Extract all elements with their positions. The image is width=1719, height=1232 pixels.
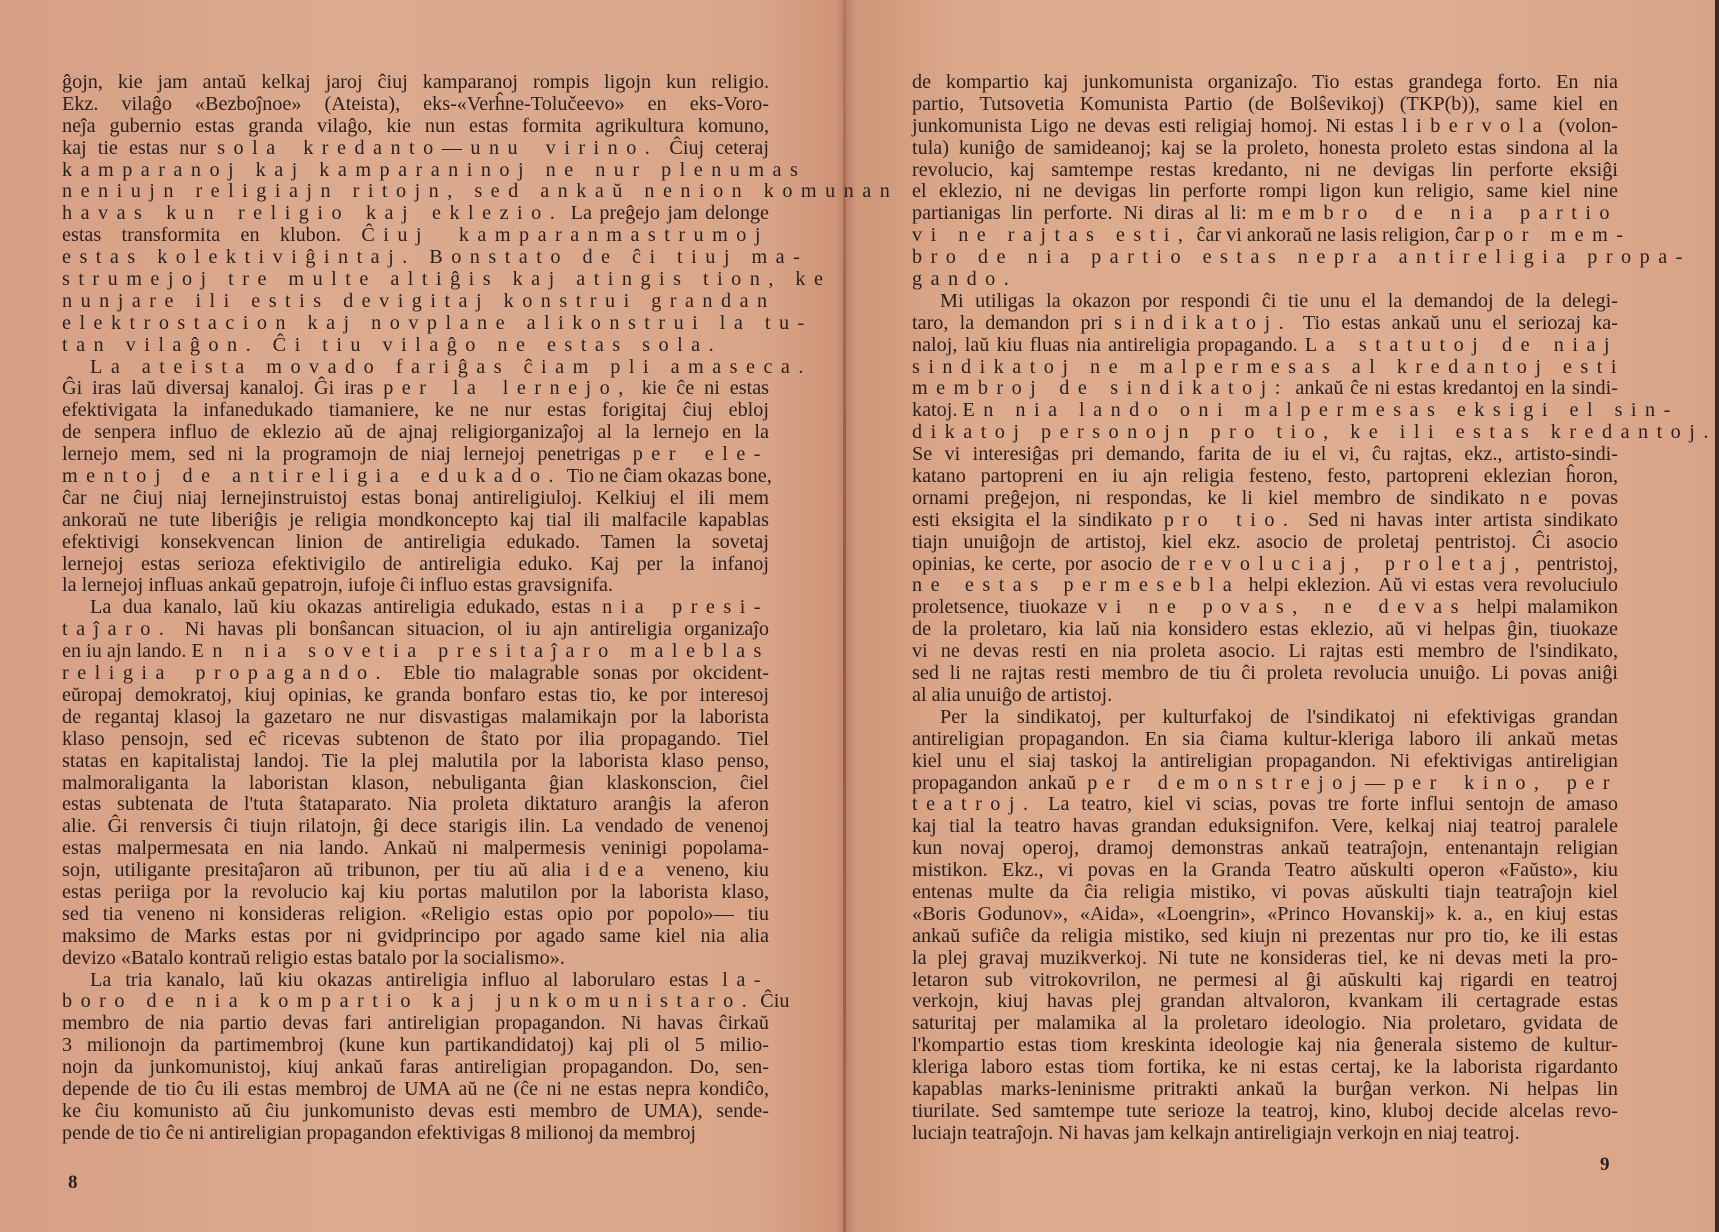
page-number-left: 8 [68, 1172, 78, 1194]
spaced-emphasis: En nia sovetia presitaĵaro maleblas [192, 640, 770, 662]
text-line: nunjare ili estis devigitaj konstrui gra… [62, 291, 769, 313]
text-line: eŭropaj demokratoj, kiuj opinias, ke gra… [62, 685, 769, 707]
book-spread: ĝojn, kie jam antaŭ kelkaj jaroj ĉiuj ka… [0, 0, 1719, 1232]
text-line: saturitaj per malamika al la proletaro i… [912, 1013, 1618, 1035]
text-line: Mi utiligas la okazon por respondi ĉi ti… [912, 291, 1618, 313]
text-line: de la proletaro, kia laŭ nia konsidero e… [912, 619, 1618, 641]
text-line: katoj. En nia lando oni malpermesas eksi… [912, 400, 1618, 422]
line-text: estas periiga por la revolucio kaj kiu p… [62, 881, 769, 903]
line-text: opinias, ke certe, por asocio de [912, 553, 1189, 575]
line-text: letaron sub vitrokovrilon, ne permesi al… [912, 969, 1618, 991]
spaced-emphasis: vi ne povas, ne devas [1097, 596, 1467, 618]
spaced-emphasis: sindikatoj ne malpermesas al kredantoj e… [912, 356, 1625, 378]
text-line: pende de tio ĉe ni antireligian propagan… [62, 1123, 769, 1145]
line-text: eŭropaj demokratoj, kiuj opinias, ke gra… [62, 684, 769, 706]
text-line: l'kompartio estas tiom kreskinta ideolog… [912, 1035, 1618, 1057]
line-text: kiel unu el siaj taskoj la antireligian … [912, 750, 1618, 772]
text-line: la lernejoj influas ankaŭ gepatrojn, iuf… [62, 575, 769, 597]
line-text: estas transformita en klubon. [62, 224, 361, 246]
text-line: maksimo de Marks estas por ni gvidprinci… [62, 926, 769, 948]
text-line: ĉar ne ĉiuj niaj lernejinstruistoj estas… [62, 488, 769, 510]
line-text: «Boris Godunov», «Aida», «Loengrin», «Pr… [912, 903, 1618, 925]
text-line: La ateista movado fariĝas ĉiam pli amase… [62, 357, 769, 379]
line-text: kun novaj operoj, dramoj demonstras anka… [912, 837, 1618, 859]
text-line: tan vilaĝon. Ĉi tiu vilaĝo ne estas sola… [62, 335, 769, 357]
page-number-right: 9 [1600, 1154, 1610, 1176]
line-text: en iu ajn lando. [62, 640, 192, 662]
spaced-emphasis: per ele- [633, 443, 769, 465]
text-line: esti eksigita el la sindikato pro tio. S… [912, 510, 1618, 532]
spaced-emphasis: teatroj. [912, 793, 1036, 815]
scan-edge [1715, 0, 1719, 1232]
text-line: estas malpermesata en nia lando. Ankaŭ n… [62, 838, 769, 860]
spaced-emphasis: mentoj de antireligia edukado. [62, 465, 562, 487]
line-text: kie ĉe ni estas [632, 377, 769, 399]
text-line: neĵa gubernio estas granda vilaĝo, kie n… [62, 116, 769, 138]
line-text: klaso pensojn, sed eĉ ricevas subtenon d… [62, 728, 769, 750]
text-line: kleriga laboro estas tiom fortika, ke ni… [912, 1057, 1618, 1079]
text-line: efektivigi konsekvencan linion de antire… [62, 532, 769, 554]
text-line: «Boris Godunov», «Aida», «Loengrin», «Pr… [912, 904, 1618, 926]
spaced-emphasis: ne estas permesebla [912, 574, 1240, 596]
line-text: kaj tial la teatro havas grandan eduksig… [912, 815, 1618, 837]
line-text: La tria kanalo, laŭ kiu okazas antirelig… [90, 969, 722, 991]
text-line: tula) kuniĝo de samideanoj; kaj se la pr… [912, 138, 1618, 160]
line-text: Sed ni havas inter artista sindikato [1296, 509, 1618, 531]
text-line: havas kun religio kaj eklezio. La preĝej… [62, 203, 769, 225]
spaced-emphasis: vi ne rajtas esti, [912, 224, 1191, 246]
line-text: taro, la demandon pri [912, 312, 1114, 334]
text-line: elektrostacion kaj novplane alikonstrui … [62, 313, 769, 335]
text-line: ornami preĝejon, ni respondas, ke li kie… [912, 488, 1618, 510]
text-line: sed tia veneno ni konsideras religion. «… [62, 904, 769, 926]
spaced-emphasis: dikatoj personojn pro tio, ke ili estas … [912, 421, 1717, 443]
line-text: ke ĉiu komunisto aŭ ĉiu junkomunisto dev… [62, 1100, 769, 1122]
line-text: kaj tie estas nur [62, 137, 217, 159]
line-text: la plej gravaj muzikverkoj. Ni tute ne k… [912, 947, 1618, 969]
line-text: malmoraliganta la laboristan klason, neb… [62, 772, 769, 794]
spaced-emphasis: elektrostacion kaj novplane alikonstrui … [62, 312, 813, 334]
spaced-emphasis: pro tio. [1164, 509, 1297, 531]
text-line: ke ĉiu komunisto aŭ ĉiu junkomunisto dev… [62, 1101, 769, 1123]
text-line: letaron sub vitrokovrilon, ne permesi al… [912, 970, 1618, 992]
text-line: nojn da junkomunistoj, kiuj ankaŭ faras … [62, 1057, 769, 1079]
line-text: Mi utiligas la okazon por respondi ĉi ti… [940, 290, 1618, 312]
line-text: Ekz. vilaĝo «Bezboĵnoe» (Ateista), eks-«… [62, 93, 769, 115]
text-line: proletsence, tiuokaze vi ne povas, ne de… [912, 597, 1618, 619]
text-line: al alia unuiĝo de artistoj. [912, 685, 1618, 707]
line-text: efektivigi konsekvencan linion de antire… [62, 531, 769, 553]
text-line: taro, la demandon pri sindikatoj. Tio es… [912, 313, 1618, 335]
line-text: Ĉiu [755, 990, 789, 1012]
line-text: de kompartio kaj junkomunista organizaĵo… [912, 71, 1618, 93]
text-line: boro de nia kompartio kaj junkomunistaro… [62, 991, 769, 1013]
spaced-emphasis: Ĉiuj kamparanmastrumoj [361, 224, 769, 246]
text-line: de senpera influo de eklezio aŭ de ajnaj… [62, 422, 769, 444]
line-text: 3 milionojn da partimembroj (kune kun pa… [62, 1034, 769, 1056]
text-line: kaj tial la teatro havas grandan eduksig… [912, 816, 1618, 838]
line-text: devizo «Batalo kontraŭ religio estas bat… [62, 947, 565, 969]
text-line: lernejo mem, sed ni la programojn de nia… [62, 444, 769, 466]
line-text: mistikon. Ekz., vi povas en la Granda Te… [912, 859, 1618, 881]
spaced-emphasis: religia propagando. [62, 662, 389, 684]
text-line: entenas multe da ĉia religia mistiko, vi… [912, 882, 1618, 904]
text-line: opinias, ke certe, por asocio de revoluc… [912, 554, 1618, 576]
spaced-emphasis: ne [1520, 487, 1556, 509]
text-line: bro de nia partio estas nepra antireligi… [912, 247, 1618, 269]
line-text: al alia unuiĝo de artistoj. [912, 684, 1112, 706]
line-text: La teatro, kiel vi scias, povas tre fort… [1036, 793, 1618, 815]
page-right: de kompartio kaj junkomunista organizaĵo… [912, 72, 1618, 1145]
text-line: el eklezio, ni ne devigas lin perforte r… [912, 181, 1618, 203]
spaced-emphasis: En nia lando oni malpermesas eksigi el s… [962, 399, 1678, 421]
line-text: ankaŭ sufiĉe da religia mistiko, sed kiu… [912, 925, 1618, 947]
line-text: maksimo de Marks estas por ni gvidprinci… [62, 925, 769, 947]
text-line: partio, Tutsovetia Komunista Partio (de … [912, 94, 1618, 116]
text-line: sojn, utiligante presitaĵaron aŭ tribuno… [62, 860, 769, 882]
line-text: esti eksigita el la sindikato [912, 509, 1164, 531]
text-line: estas periiga por la revolucio kaj kiu p… [62, 882, 769, 904]
text-line: Ĝi iras laŭ diversaj kanaloj. Ĝi iras pe… [62, 378, 769, 400]
line-text: katoj. [912, 399, 962, 421]
text-line: ne estas permesebla helpi eklezion. Aŭ v… [912, 575, 1618, 597]
line-text: Eble tio malagrable sonas por okcident- [389, 662, 769, 684]
text-line: neniujn religiajn ritojn, sed ankaŭ neni… [62, 181, 769, 203]
line-text: tula) kuniĝo de samideanoj; kaj se la pr… [912, 137, 1618, 159]
text-line: La tria kanalo, laŭ kiu okazas antirelig… [62, 970, 769, 992]
line-text: La dua kanalo, laŭ kiu okazas antireligi… [90, 596, 602, 618]
spaced-emphasis: nunjare ili estis devigitaj konstrui gra… [62, 290, 776, 312]
line-text: revolucio, kaj samtempe restas kredanto,… [912, 159, 1618, 181]
text-line: tiajn unuiĝojn de artistoj, kiel ekz. as… [912, 532, 1618, 554]
spaced-emphasis: kamparanoj kaj kamparaninoj ne nur plenu… [62, 159, 806, 181]
text-line: estas transformita en klubon. Ĉiuj kampa… [62, 225, 769, 247]
text-line: kun novaj operoj, dramoj demonstras anka… [912, 838, 1618, 860]
line-text: ornami preĝejon, ni respondas, ke li kie… [912, 487, 1520, 509]
spaced-emphasis: strumejoj tre multe altiĝis kaj atingis … [62, 268, 831, 290]
line-text: kapablas marks-leninisme pritrakti ankaŭ… [912, 1078, 1618, 1100]
text-line: katano partopreni en iu ajn religia fest… [912, 466, 1618, 488]
text-line: lernejoj estas serioza efektivigilo de a… [62, 554, 769, 576]
line-text: sed tia veneno ni konsideras religion. «… [62, 903, 769, 925]
text-line: dikatoj personojn pro tio, ke ili estas … [912, 422, 1618, 444]
text-line: mistikon. Ekz., vi povas en la Granda Te… [912, 860, 1618, 882]
line-text: Ĉiuj ceteraj [658, 137, 769, 159]
text-line: luciajn teatraĵojn. Ni havas jam kelkajn… [912, 1123, 1618, 1145]
spaced-emphasis: per la lernejo, [383, 377, 632, 399]
spaced-emphasis: estas kolektiviĝintaj. Bonstato de ĉi ti… [62, 246, 808, 268]
line-text: Ni havas pli bonŝancan situacion, ol iu … [172, 618, 769, 640]
spaced-emphasis: La ateista movado fariĝas ĉiam pli amase… [90, 356, 812, 378]
line-text: efektivigata la infanedukado tiamaniere,… [62, 399, 769, 421]
text-line: Se vi interesiĝas pri demando, farita de… [912, 444, 1618, 466]
line-text: proletsence, tiuokaze [912, 596, 1097, 618]
line-text: naloj, laŭ kiu fluas nia antireligia pro… [912, 334, 1305, 356]
line-text: estas malpermesata en nia lando. Ankaŭ n… [62, 837, 769, 859]
spaced-emphasis: membro de nia partio [1258, 202, 1618, 224]
text-line: sindikatoj ne malpermesas al kredantoj e… [912, 357, 1618, 379]
text-line: kamparanoj kaj kamparaninoj ne nur plenu… [62, 160, 769, 182]
spaced-emphasis: libervola [1402, 115, 1550, 137]
line-text: ĉar vi ankoraŭ ne lasis religion, ĉar [1191, 224, 1484, 246]
text-line: gando. [912, 269, 1618, 291]
line-text: Se vi interesiĝas pri demando, farita de… [912, 443, 1618, 465]
line-text: povas [1556, 487, 1618, 509]
spaced-emphasis: per demonstrejoj—per kino, per [1087, 772, 1618, 794]
text-line: mentoj de antireligia edukado. Tio ne ĉi… [62, 466, 769, 488]
line-text: Ĝi iras laŭ diversaj kanaloj. Ĝi iras [62, 377, 383, 399]
text-line: membroj de sindikatoj: ankaŭ ĉe ni estas… [912, 378, 1618, 400]
line-text: el eklezio, ni ne devigas lin perforte r… [912, 180, 1618, 202]
text-line: vi ne devas resti en nia proleta asocio.… [912, 641, 1618, 663]
line-text: estas subtenata de l'tuta ŝtataparato. N… [62, 793, 769, 815]
line-text: Tio ne ĉiam okazas bone, [562, 465, 772, 487]
spaced-emphasis: revoluciaj, proletaj, [1189, 553, 1528, 575]
spaced-emphasis: la- [722, 969, 769, 991]
text-line: vi ne rajtas esti, ĉar vi ankoraŭ ne las… [912, 225, 1618, 247]
line-text: entenas multe da ĉia religia mistiko, vi… [912, 881, 1618, 903]
line-text: La preĝejo jam delonge [563, 202, 769, 224]
text-line: Per la sindikatoj, per kulturfakoj de l'… [912, 707, 1618, 729]
line-text: saturitaj per malamika al la proletaro i… [912, 1012, 1618, 1034]
line-text: antireligian propagandon. En sia ĉiama k… [912, 728, 1618, 750]
spaced-emphasis: boro de nia kompartio kaj junkomunistaro… [62, 990, 755, 1012]
line-text: verkojn, kiuj havas plej grandan altvalo… [912, 990, 1618, 1012]
text-line: taĵaro. Ni havas pli bonŝancan situacion… [62, 619, 769, 641]
text-line: devizo «Batalo kontraŭ religio estas bat… [62, 948, 769, 970]
spaced-emphasis: sola kredanto—unu virino. [217, 137, 658, 159]
line-text: helpi eklezion. Aŭ vi estas vera revoluc… [1240, 574, 1618, 596]
line-text: pentristoj, [1528, 553, 1618, 575]
line-text: ankoraŭ ne tute liberiĝis je religia mon… [62, 509, 769, 531]
line-text: propagandon ankaŭ [912, 772, 1087, 794]
text-line: ĝojn, kie jam antaŭ kelkaj jaroj ĉiuj ka… [62, 72, 769, 94]
text-line: kiel unu el siaj taskoj la antireligian … [912, 751, 1618, 773]
text-line: malmoraliganta la laboristan klason, neb… [62, 773, 769, 795]
text-line: estas kolektiviĝintaj. Bonstato de ĉi ti… [62, 247, 769, 269]
line-text: alie. Ĝi renversis ĉi tiujn rilatojn, ĝi… [62, 815, 769, 837]
text-line: ankoraŭ ne tute liberiĝis je religia mon… [62, 510, 769, 532]
line-text: statas en kapitalistaj landoj. Tie la pl… [62, 750, 769, 772]
spaced-emphasis: taĵaro. [62, 618, 172, 640]
spaced-emphasis: idea [585, 859, 653, 881]
text-line: statas en kapitalistaj landoj. Tie la pl… [62, 751, 769, 773]
line-text: sed li ne rajtas resti membro de tiu ĉi … [912, 662, 1618, 684]
text-line: propagandon ankaŭ per demonstrejoj—per k… [912, 773, 1618, 795]
text-line: junkomunista Ligo ne devas esti religiaj… [912, 116, 1618, 138]
text-line: efektivigata la infanedukado tiamaniere,… [62, 400, 769, 422]
text-line: kaj tie estas nur sola kredanto—unu viri… [62, 138, 769, 160]
spaced-emphasis: por mem- [1485, 224, 1632, 246]
line-text: veneno, kiu [652, 859, 769, 881]
line-text: helpi malamikon [1467, 596, 1618, 618]
text-line: revolucio, kaj samtempe restas kredanto,… [912, 160, 1618, 182]
line-text: l'kompartio estas tiom kreskinta ideolog… [912, 1034, 1618, 1056]
line-text: ĝojn, kie jam antaŭ kelkaj jaroj ĉiuj ka… [62, 71, 769, 93]
line-text: nojn da junkomunistoj, kiuj ankaŭ faras … [62, 1056, 769, 1078]
spaced-emphasis: membroj de sindikatoj: [912, 377, 1289, 399]
text-line: kapablas marks-leninisme pritrakti ankaŭ… [912, 1079, 1618, 1101]
text-line: 3 milionojn da partimembroj (kune kun pa… [62, 1035, 769, 1057]
text-line: estas subtenata de l'tuta ŝtataparato. N… [62, 794, 769, 816]
text-line: klaso pensojn, sed eĉ ricevas subtenon d… [62, 729, 769, 751]
text-line: tiurilate. Sed samtempe tute serioze la … [912, 1101, 1618, 1123]
spaced-emphasis: tan vilaĝon. Ĉi tiu vilaĝo ne estas sola… [62, 334, 722, 356]
line-text: la lernejoj influas ankaŭ gepatrojn, iuf… [62, 574, 613, 596]
spaced-emphasis: La statutoj de niaj [1305, 334, 1618, 356]
text-line: antireligian propagandon. En sia ĉiama k… [912, 729, 1618, 751]
spaced-emphasis: bro de nia partio estas nepra antireligi… [912, 246, 1691, 268]
text-line: sed li ne rajtas resti membro de tiu ĉi … [912, 663, 1618, 685]
text-line: la plej gravaj muzikverkoj. Ni tute ne k… [912, 948, 1618, 970]
text-line: strumejoj tre multe altiĝis kaj atingis … [62, 269, 769, 291]
line-text: pende de tio ĉe ni antireligian propagan… [62, 1122, 696, 1144]
line-text: de regantaj klasoj la gazetaro ne nur di… [62, 706, 769, 728]
text-line: alie. Ĝi renversis ĉi tiujn rilatojn, ĝi… [62, 816, 769, 838]
line-text: partio, Tutsovetia Komunista Partio (de … [912, 93, 1618, 115]
line-text: lernejoj estas serioza efektivigilo de a… [62, 553, 769, 575]
text-line: partianigas lin perforte. Ni diras al li… [912, 203, 1618, 225]
line-text: vi ne devas resti en nia proleta asocio.… [912, 640, 1618, 662]
text-line: teatroj. La teatro, kiel vi scias, povas… [912, 794, 1618, 816]
text-line: depende de tio ĉu ili estas membroj de U… [62, 1079, 769, 1101]
line-text: ĉar ne ĉiuj niaj lernejinstruistoj estas… [62, 487, 769, 509]
line-text: Per la sindikatoj, per kulturfakoj de l'… [940, 706, 1618, 728]
line-text: tiurilate. Sed samtempe tute serioze la … [912, 1100, 1618, 1122]
line-text: sojn, utiligante presitaĵaron aŭ tribuno… [62, 859, 585, 881]
text-line: La dua kanalo, laŭ kiu okazas antireligi… [62, 597, 769, 619]
line-text: partianigas lin perforte. Ni diras al li… [912, 202, 1258, 224]
line-text: junkomunista Ligo ne devas esti religiaj… [912, 115, 1402, 137]
line-text: (volon- [1550, 115, 1618, 137]
line-text: tiajn unuiĝojn de artistoj, kiel ekz. as… [912, 531, 1618, 553]
line-text: kleriga laboro estas tiom fortika, ke ni… [912, 1056, 1618, 1078]
line-text: neĵa gubernio estas granda vilaĝo, kie n… [62, 115, 769, 137]
text-line: de regantaj klasoj la gazetaro ne nur di… [62, 707, 769, 729]
page-left: ĝojn, kie jam antaŭ kelkaj jaroj ĉiuj ka… [62, 72, 769, 1145]
spaced-emphasis: nia presi- [602, 596, 769, 618]
line-text: luciajn teatraĵojn. Ni havas jam kelkajn… [912, 1122, 1520, 1144]
line-text: depende de tio ĉu ili estas membroj de U… [62, 1078, 769, 1100]
text-line: membro de nia partio devas fari antireli… [62, 1013, 769, 1035]
text-line: en iu ajn lando. En nia sovetia presitaĵ… [62, 641, 769, 663]
spaced-emphasis: neniujn religiajn ritojn, sed ankaŭ neni… [62, 180, 898, 202]
text-line: religia propagando. Eble tio malagrable … [62, 663, 769, 685]
line-text: ankaŭ ĉe ni estas kredantoj en la sindi- [1289, 377, 1618, 399]
line-text: Tio estas ankaŭ unu el seriozaj ka- [1292, 312, 1618, 334]
line-text: de senpera influo de eklezio aŭ de ajnaj… [62, 421, 769, 443]
spaced-emphasis: sindikatoj. [1114, 312, 1292, 334]
spaced-emphasis: havas kun religio kaj eklezio. [62, 202, 563, 224]
text-line: ankaŭ sufiĉe da religia mistiko, sed kiu… [912, 926, 1618, 948]
line-text: membro de nia partio devas fari antireli… [62, 1012, 769, 1034]
line-text: de la proletaro, kia laŭ nia konsidero e… [912, 618, 1618, 640]
text-line: verkojn, kiuj havas plej grandan altvalo… [912, 991, 1618, 1013]
text-line: Ekz. vilaĝo «Bezboĵnoe» (Ateista), eks-«… [62, 94, 769, 116]
line-text: lernejo mem, sed ni la programojn de nia… [62, 443, 633, 465]
text-line: de kompartio kaj junkomunista organizaĵo… [912, 72, 1618, 94]
spaced-emphasis: gando. [912, 268, 1017, 290]
line-text: katano partopreni en iu ajn religia fest… [912, 465, 1618, 487]
text-line: naloj, laŭ kiu fluas nia antireligia pro… [912, 335, 1618, 357]
